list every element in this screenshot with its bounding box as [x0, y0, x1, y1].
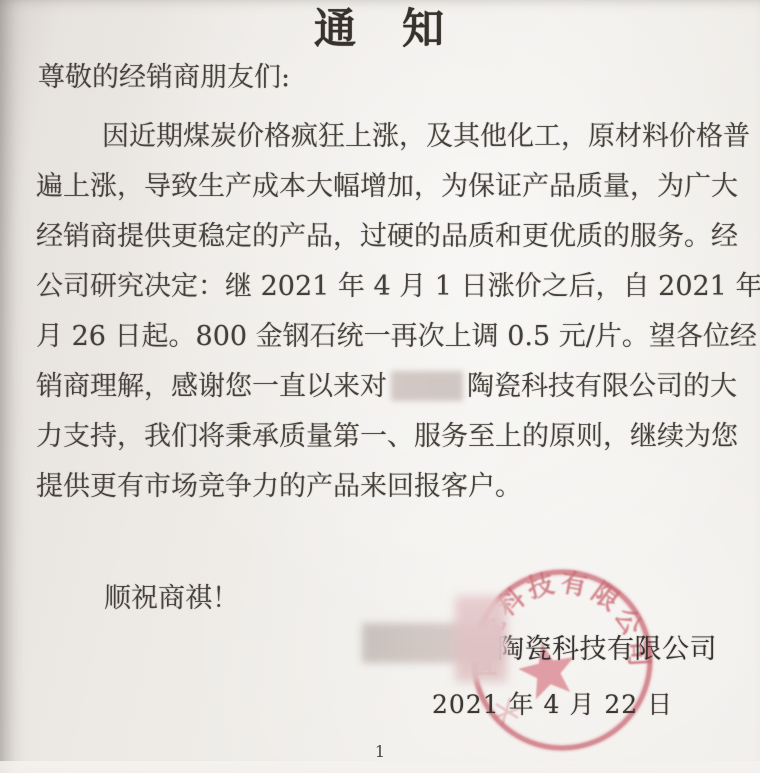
page-title: 通 知 — [0, 0, 760, 58]
scan-edge-band — [0, 761, 760, 773]
paragraph-line: 力支持，我们将秉承质量第一、服务至上的原则，继续为您 — [36, 412, 726, 462]
paragraph-line: 经销商提供更稳定的产品，过硬的品质和更优质的服务。经 — [36, 212, 726, 262]
paragraph-line: 因近期煤炭价格疯狂上涨，及其他化工，原材料价格普 — [36, 112, 726, 162]
paragraph-line: 月 26 日起。800 金钢石统一再次上调 0.5 元/片。望各位经 — [36, 312, 726, 362]
greeting-line: 尊敬的经销商朋友们: — [38, 60, 290, 96]
notice-paragraph: 因近期煤炭价格疯狂上涨，及其他化工，原材料价格普 遍上涨，导致生产成本大幅增加，… — [36, 112, 726, 512]
company-signature: 陶瓷科技有限公司 — [497, 627, 717, 666]
stamp-redaction-blur — [455, 596, 507, 682]
paragraph-line: 公司研究决定：继 2021 年 4 月 1 日涨价之后，自 2021 年 4 — [36, 262, 726, 312]
scanned-notice-page: 通 知 尊敬的经销商朋友们: 因近期煤炭价格疯狂上涨，及其他化工，原材料价格普 … — [0, 0, 760, 773]
paragraph-line: 遍上涨，导致生产成本大幅增加，为保证产品质量，为广大 — [36, 162, 726, 212]
paragraph-line: 提供更有市场竞争力的产品来回报客户。 — [36, 462, 726, 512]
date-line: 2021 年 4 月 22 日 — [432, 685, 673, 721]
closing-line: 顺祝商祺！ — [104, 576, 239, 615]
redaction-blur-inline — [391, 371, 463, 401]
paragraph-line-text: 销商理解，感谢您一直以来对 — [36, 371, 387, 402]
paragraph-line-text: 陶瓷科技有限公司的大 — [467, 371, 737, 402]
paragraph-line-with-redaction: 销商理解，感谢您一直以来对陶瓷科技有限公司的大 — [36, 362, 726, 412]
page-number: 1 — [0, 742, 760, 761]
